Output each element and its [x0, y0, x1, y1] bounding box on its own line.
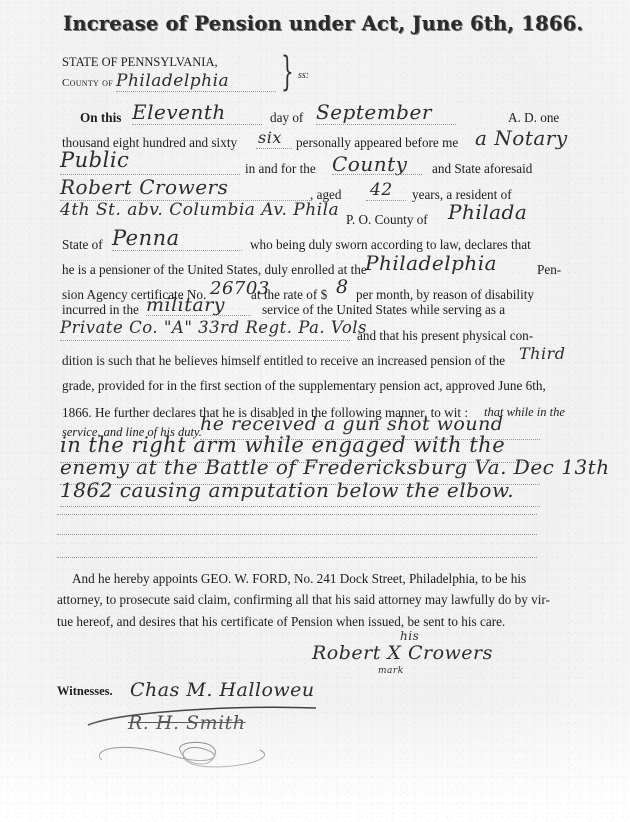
day-underline [132, 124, 262, 125]
witness-1-signature: Chas M. Halloweu [130, 679, 315, 701]
blank-line-3 [57, 557, 537, 558]
blank-line-1 [57, 514, 537, 515]
attorney-line-2: attorney, to prosecute said claim, confi… [57, 592, 550, 608]
pensioner-label: he is a pensioner of the United States, … [62, 262, 367, 278]
day-of-label: day of [270, 110, 303, 126]
day-value: Eleventh [132, 100, 226, 124]
month-underline [316, 124, 456, 125]
document-title: Increase of Pension under Act, June 6th,… [63, 12, 583, 35]
service-underline [146, 315, 251, 316]
on-this-label: On this [80, 110, 121, 126]
entitled-label: dition is such that he believes himself … [62, 353, 505, 369]
state-of-label: State of [62, 237, 103, 253]
rank-unit-value: Private Co. "A" 33rd Regt. Pa. Vols [60, 318, 367, 337]
jurisdiction-underline [332, 174, 422, 175]
address-value: 4th St. abv. Columbia Av. Phila [60, 200, 339, 220]
claimant-signature: Robert X Crowers [312, 642, 493, 664]
witnesses-label: Witnesses. [57, 684, 113, 699]
month-value: September [316, 100, 432, 124]
disability-description-3: enemy at the Battle of Fredericksburg Va… [60, 455, 610, 479]
jurisdiction-value: County [332, 152, 407, 176]
age-value: 42 [370, 180, 393, 200]
blank-line-2 [57, 534, 537, 535]
officer-value-2: Public [60, 148, 129, 172]
condition-label: and that his present physical con- [357, 328, 533, 344]
year-suffix-value: six [258, 128, 282, 147]
attorney-line-3: tue hereof, and desires that his certifi… [57, 614, 505, 630]
state-label: STATE OF PENNSYLVANIA, [62, 55, 218, 70]
pension-document-page: Increase of Pension under Act, June 6th,… [0, 0, 630, 822]
officer-value-1: a Notary [475, 126, 568, 150]
po-county-label: P. O. County of [346, 212, 428, 228]
service-label: service of the United States while servi… [262, 302, 505, 318]
service-value: military [146, 294, 225, 316]
grade-value: Third [519, 344, 565, 363]
disability-description-2: in the right arm while engaged with the [60, 433, 505, 457]
agency-value: Philadelphia [365, 251, 497, 275]
county-underline [116, 91, 276, 92]
ad-label: A. D. one [508, 110, 559, 126]
state-underline [112, 250, 242, 251]
description-line-4 [60, 506, 540, 507]
po-county-value: Philada [448, 200, 527, 224]
grade-provision-text: grade, provided for in the first section… [62, 378, 546, 394]
disability-description-1: he received a gun shot wound [200, 413, 503, 435]
signature-his: his [400, 629, 419, 643]
ss-mark: ss: [298, 70, 309, 81]
attorney-line-1: And he hereby appoints GEO. W. FORD, No.… [72, 571, 526, 587]
rank-underline [60, 340, 350, 341]
year-underline [256, 148, 292, 149]
county-label: County of [62, 77, 113, 89]
page-bottom-fade [0, 700, 630, 822]
signature-mark: mark [378, 666, 404, 676]
in-and-for-label: in and for the [245, 161, 316, 177]
state-aforesaid-label: and State aforesaid [432, 161, 532, 177]
claimant-name: Robert Crowers [60, 175, 228, 199]
age-underline [366, 200, 406, 201]
disability-label: per month, by reason of disability [356, 287, 534, 303]
appeared-label: personally appeared before me [296, 135, 458, 151]
rate-value: 8 [336, 276, 349, 298]
disability-description-4: 1862 causing amputation below the elbow. [60, 478, 514, 502]
county-value: Philadelphia [116, 71, 229, 91]
incurred-label: incurred in the [62, 302, 139, 318]
brace-symbol: } [281, 52, 294, 92]
state-value: Penna [112, 226, 180, 250]
pen-label: Pen- [537, 262, 561, 278]
rate-label: at the rate of $ [251, 287, 327, 303]
